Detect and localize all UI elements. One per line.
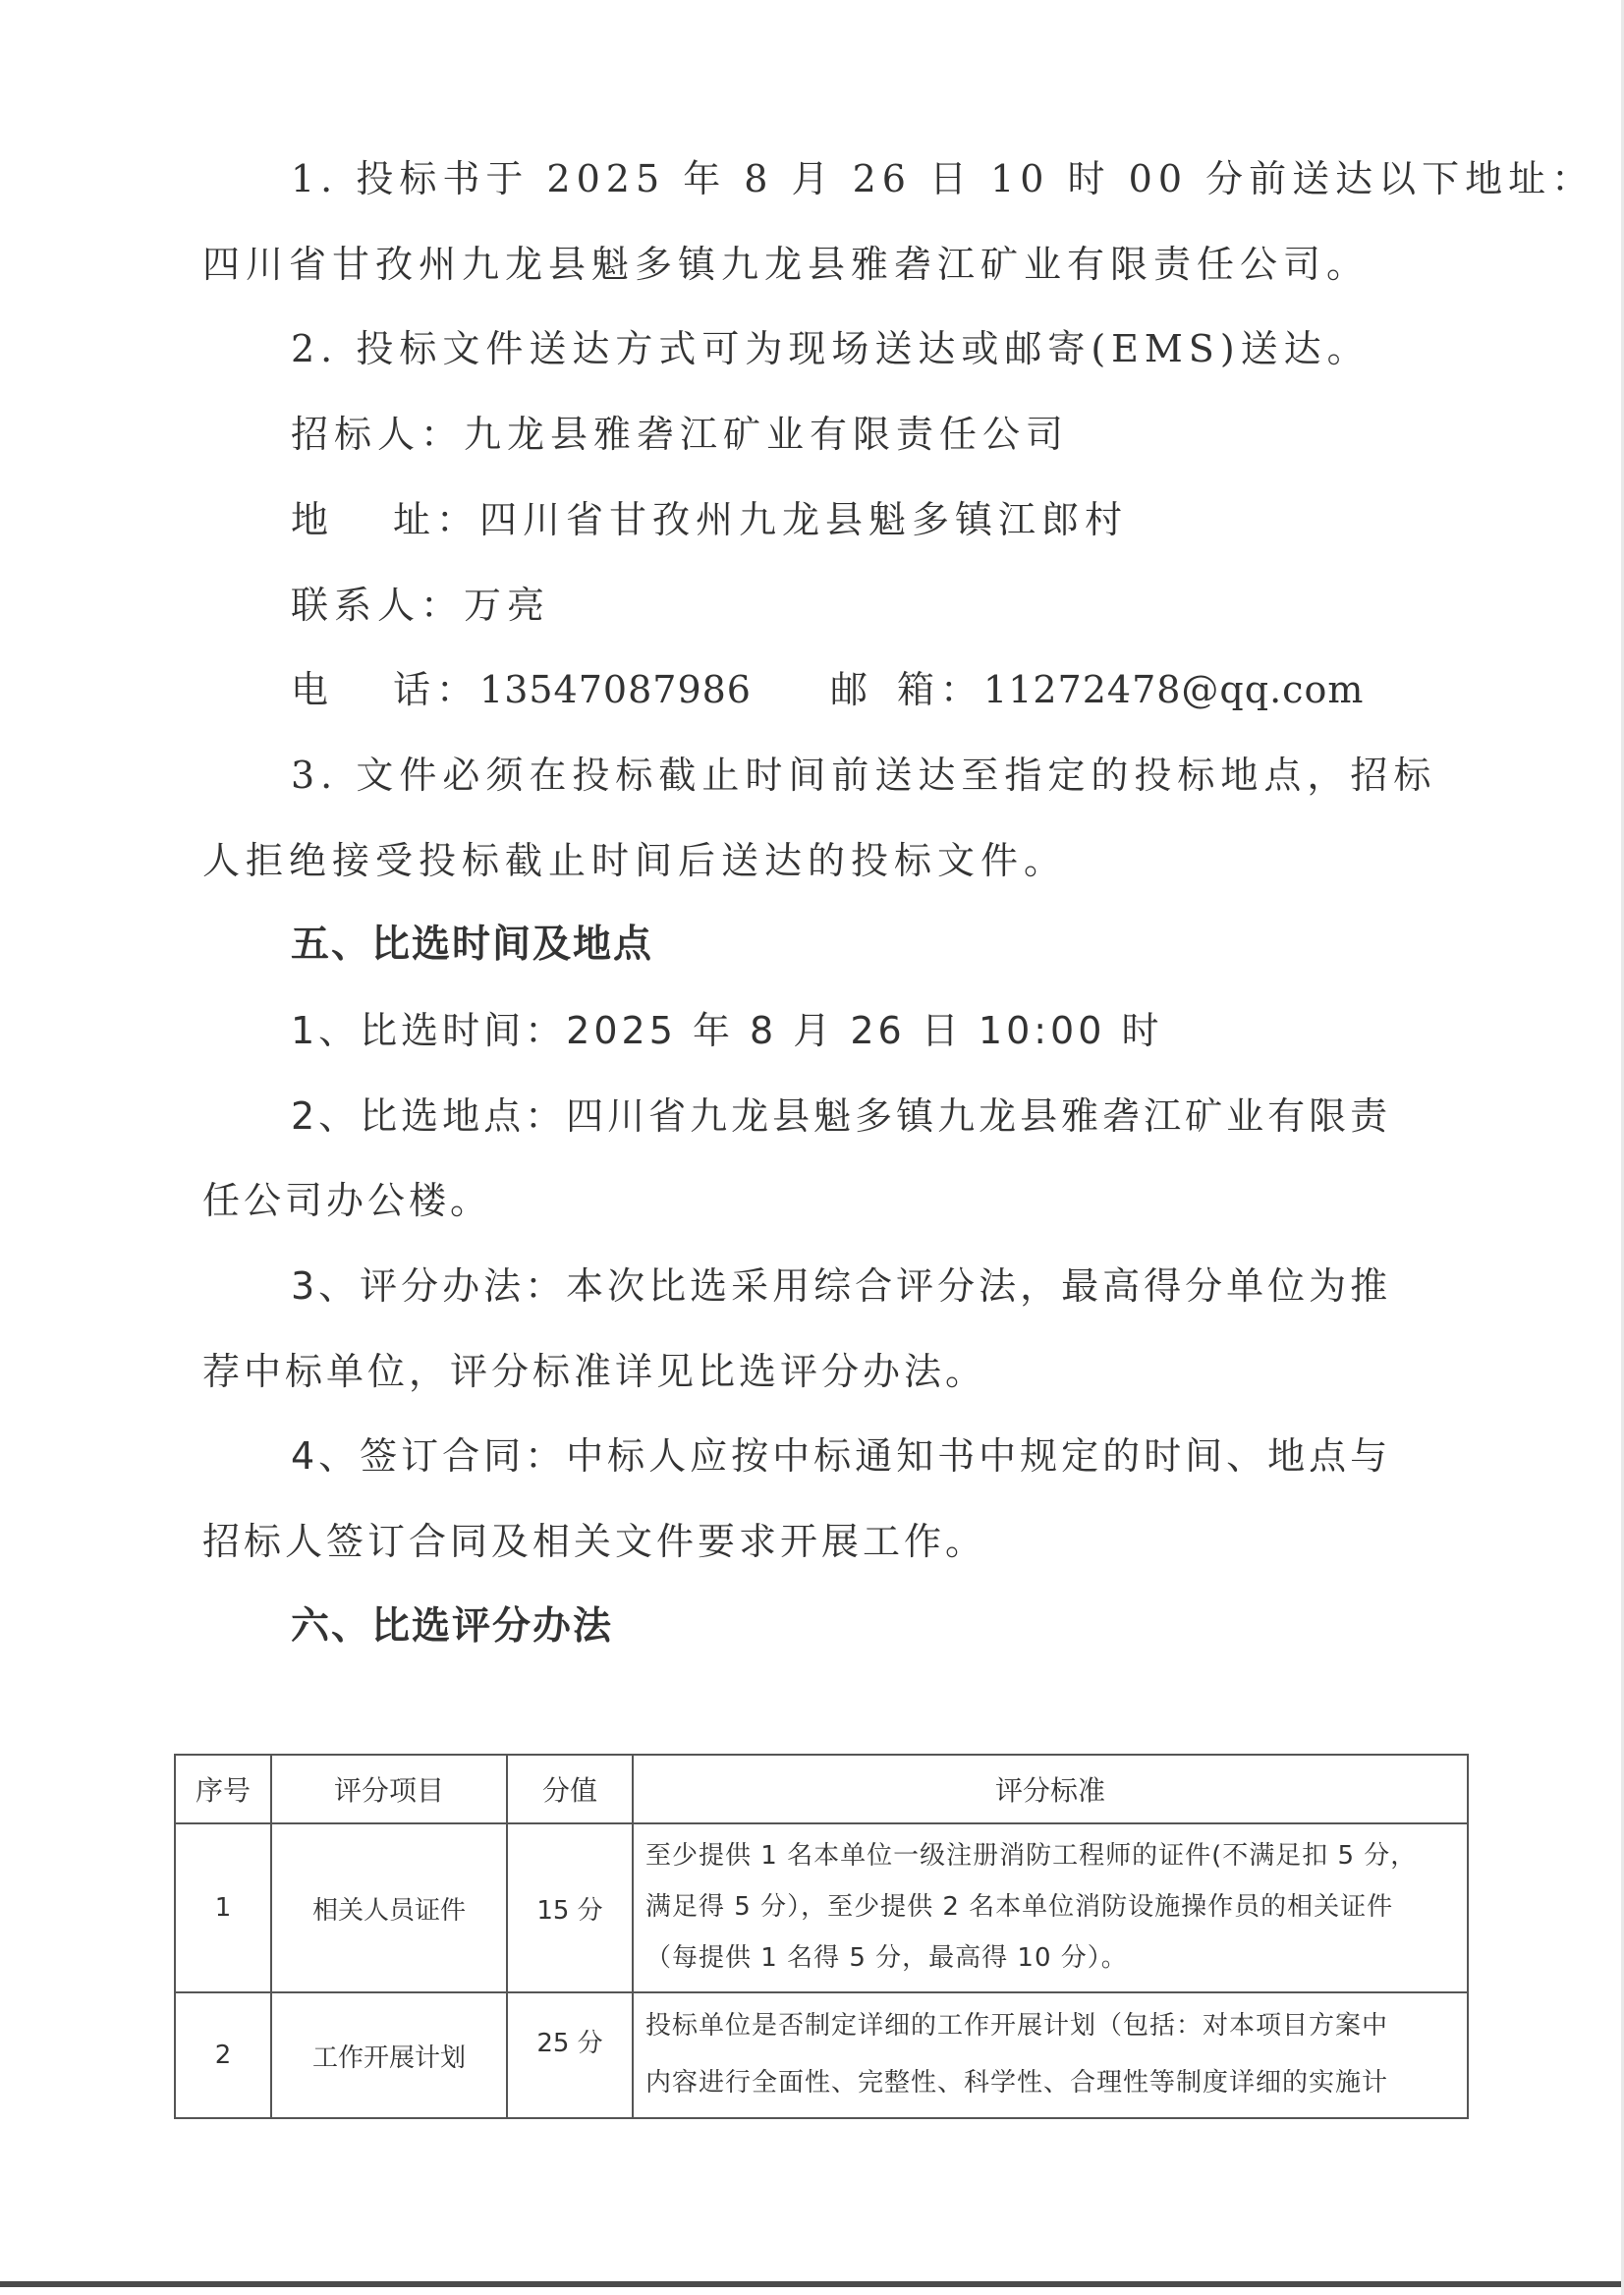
section5-item1: 1、比选时间：2025 年 8 月 26 日 10:00 时 [291,1007,1162,1054]
criteria-line: 内容进行全面性、完整性、科学性、合理性等制度详细的实施计 [645,2054,1457,2111]
header-criteria: 评分标准 [633,1755,1468,1823]
contact-value: 万亮 [464,584,550,627]
paragraph-deadline-rule-line2: 人拒绝接受投标截止时间后送达的投标文件。 [202,837,1067,884]
section5-item2-line1: 2、比选地点：四川省九龙县魁多镇九龙县雅砻江矿业有限责 [291,1092,1391,1140]
row-criteria: 至少提供 1 名本单位一级注册消防工程师的证件(不满足扣 5 分， 满足得 5 … [633,1823,1468,1992]
paragraph-deadline-rule-line1: 3. 文件必须在投标截止时间前送达至指定的投标地点，招标 [291,752,1436,799]
row-no: 2 [175,1992,271,2118]
section5-item2-line2: 任公司办公楼。 [202,1177,491,1224]
header-item: 评分项目 [271,1755,507,1823]
paragraph-delivery-method: 2. 投标文件送达方式可为现场送达或邮寄(EMS)送达。 [291,325,1371,372]
page-bottom-rule [0,2281,1624,2287]
row-item: 工作开展计划 [271,1992,507,2118]
address-label-part1: 地 [291,498,334,541]
email-value: 11272478@qq.com [983,668,1364,711]
email-label-part1: 邮 [830,668,873,711]
contact-label: 联系人： [291,584,464,627]
section5-item4-line2: 招标人签订合同及相关文件要求开展工作。 [202,1518,986,1565]
table-row: 1 相关人员证件 15 分 至少提供 1 名本单位一级注册消防工程师的证件(不满… [175,1823,1468,1992]
table-header-row: 序号 评分项目 分值 评分标准 [175,1755,1468,1823]
section5-heading: 五、比选时间及地点 [291,922,653,969]
phone-label-part1: 电 [291,668,334,711]
paragraph-deadline-line2: 四川省甘孜州九龙县魁多镇九龙县雅砻江矿业有限责任公司。 [202,241,1370,288]
criteria-line: 满足得 5 分），至少提供 2 名本单位消防设施操作员的相关证件 [645,1881,1457,1932]
row-no: 1 [175,1823,271,1992]
phone-value: 13547087986 [479,668,752,711]
header-no: 序号 [175,1755,271,1823]
contact-line: 联系人：万亮 [291,582,550,629]
phone-email-line: 电话：13547087986邮箱：11272478@qq.com [291,666,1364,713]
section6-heading: 六、比选评分办法 [291,1603,613,1651]
row-item: 相关人员证件 [271,1823,507,1992]
email-label-part2: 箱： [897,668,983,711]
criteria-line: 投标单位是否制定详细的工作开展计划（包括：对本项目方案中 [645,1997,1457,2054]
document-page: 1. 投标书于 2025 年 8 月 26 日 10 时 00 分前送达以下地址… [0,0,1624,2295]
row-criteria: 投标单位是否制定详细的工作开展计划（包括：对本项目方案中 内容进行全面性、完整性… [633,1992,1468,2118]
section5-item4-line1: 4、签订合同：中标人应按中标通知书中规定的时间、地点与 [291,1432,1391,1480]
criteria-line: 至少提供 1 名本单位一级注册消防工程师的证件(不满足扣 5 分， [645,1830,1457,1881]
scoring-table: 序号 评分项目 分值 评分标准 1 相关人员证件 15 分 至少提供 1 名本单… [174,1754,1469,2119]
section5-item3-line2: 荐中标单位，评分标准详见比选评分办法。 [202,1348,986,1395]
row-score: 25 分 [507,1992,633,2118]
header-score: 分值 [507,1755,633,1823]
paragraph-deadline-line1: 1. 投标书于 2025 年 8 月 26 日 10 时 00 分前送达以下地址… [291,155,1595,202]
tenderer-value: 九龙县雅砻江矿业有限责任公司 [464,413,1069,456]
table-row: 2 工作开展计划 25 分 投标单位是否制定详细的工作开展计划（包括：对本项目方… [175,1992,1468,2118]
phone-label-part2: 话： [393,668,479,711]
address-line: 地址：四川省甘孜州九龙县魁多镇江郎村 [291,496,1128,543]
address-value: 四川省甘孜州九龙县魁多镇江郎村 [479,498,1128,541]
tenderer-line: 招标人：九龙县雅砻江矿业有限责任公司 [291,411,1069,458]
row-score: 15 分 [507,1823,633,1992]
section5-item3-line1: 3、评分办法：本次比选采用综合评分法，最高得分单位为推 [291,1262,1391,1310]
address-label-part2: 址： [393,498,479,541]
criteria-line: （每提供 1 名得 5 分，最高得 10 分）。 [645,1932,1457,1984]
tenderer-label: 招标人： [291,413,464,456]
